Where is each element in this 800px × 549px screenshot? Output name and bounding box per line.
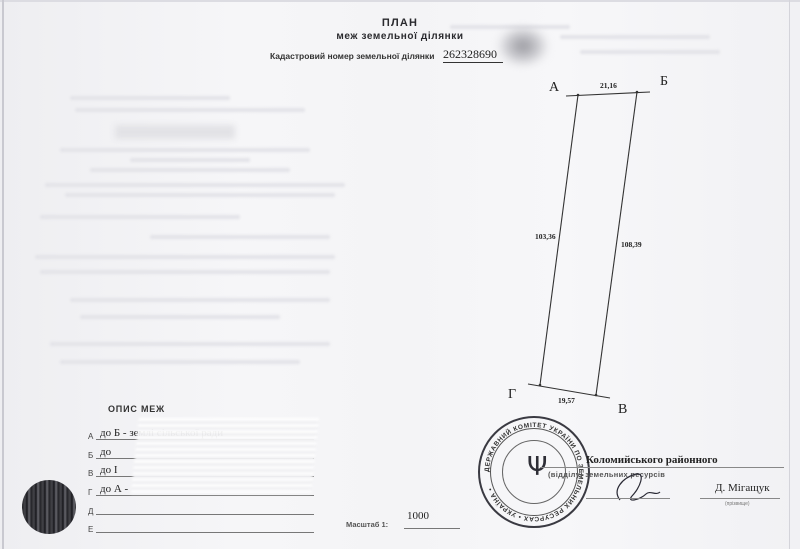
signer-name-underline [700,498,780,499]
handwritten-signature [0,0,800,549]
signer-name: Д. Мігащук [715,482,770,494]
redacted-stamp [22,480,76,534]
signer-caption: (прізвище) [725,501,750,507]
signature-line [586,498,670,499]
